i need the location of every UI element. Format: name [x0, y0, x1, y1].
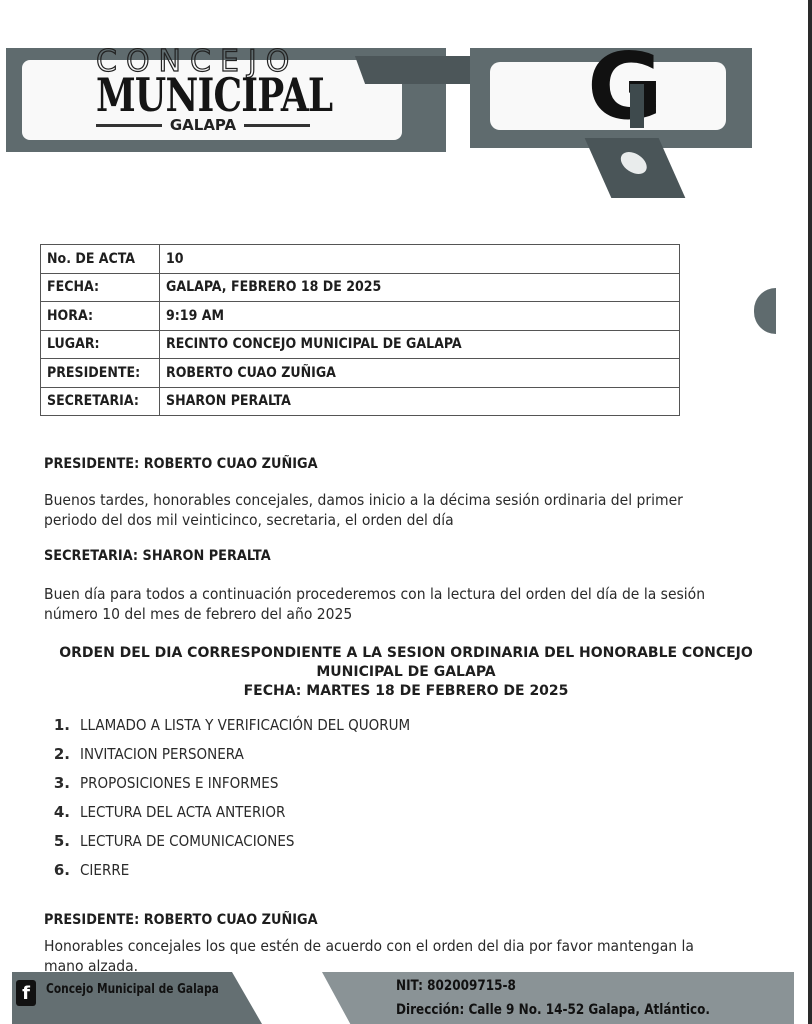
agenda-list: 1.LLAMADO A LISTA Y VERIFICACIÓN DEL QUO… — [44, 716, 447, 890]
orden-title-line-1: ORDEN DEL DIA CORRESPONDIENTE A LA SESIO… — [44, 644, 768, 663]
agenda-item-text: LECTURA DE COMUNICACIONES — [80, 832, 295, 861]
facebook-icon: f — [16, 980, 36, 1006]
page-marker-tab — [754, 288, 776, 334]
scan-edge — [808, 0, 812, 1024]
agenda-item-text: LECTURA DEL ACTA ANTERIOR — [80, 803, 285, 832]
agenda-item-number: 3. — [44, 774, 70, 803]
agenda-item-number: 6. — [44, 861, 70, 890]
orden-title-line-2: MUNICIPAL DE GALAPA — [44, 663, 768, 682]
agenda-item: 3.PROPOSICIONES E INFORMES — [44, 774, 447, 803]
agenda-item-number: 1. — [44, 716, 70, 745]
info-value: 10 — [160, 245, 680, 274]
agenda-item: 6.CIERRE — [44, 861, 447, 890]
orden-title-line-3: FECHA: MARTES 18 DE FEBRERO DE 2025 — [44, 682, 768, 701]
logo-galapa-text: GALAPA — [170, 116, 236, 134]
info-row: LUGAR:RECINTO CONCEJO MUNICIPAL DE GALAP… — [41, 330, 680, 359]
logo-municipal-text: MUNICIPAL — [96, 68, 332, 122]
agenda-item-number: 4. — [44, 803, 70, 832]
info-label: FECHA: — [41, 273, 160, 302]
agenda-item-text: PROPOSICIONES E INFORMES — [80, 774, 278, 803]
facebook-page-label: Concejo Municipal de Galapa — [46, 982, 219, 997]
info-value: RECINTO CONCEJO MUNICIPAL DE GALAPA — [160, 330, 680, 359]
info-row: HORA:9:19 AM — [41, 302, 680, 331]
agenda-item-text: CIERRE — [80, 861, 129, 890]
paragraph-president-2: Honorables concejales los que estén de a… — [44, 936, 732, 976]
footer-address: Dirección: Calle 9 No. 14-52 Galapa, Atl… — [396, 1002, 710, 1018]
agenda-item-number: 2. — [44, 745, 70, 774]
info-row: PRESIDENTE:ROBERTO CUAO ZUÑIGA — [41, 359, 680, 388]
acta-info-table: No. DE ACTA10FECHA:GALAPA, FEBRERO 18 DE… — [40, 244, 680, 416]
info-label: HORA: — [41, 302, 160, 331]
agenda-item: 5.LECTURA DE COMUNICACIONES — [44, 832, 447, 861]
agenda-item-number: 5. — [44, 832, 70, 861]
orden-del-dia-title: ORDEN DEL DIA CORRESPONDIENTE A LA SESIO… — [44, 644, 768, 701]
info-value: GALAPA, FEBRERO 18 DE 2025 — [160, 273, 680, 302]
info-value: ROBERTO CUAO ZUÑIGA — [160, 359, 680, 388]
logo-rule-right — [244, 124, 310, 127]
paragraph-president-1: Buenos tardes, honorables concejales, da… — [44, 490, 732, 530]
info-value: 9:19 AM — [160, 302, 680, 331]
speaker-secretary: SECRETARIA: SHARON PERALTA — [44, 548, 271, 564]
header-dark-strip — [355, 56, 485, 84]
footer-band-left — [12, 972, 262, 1024]
speaker-president-1: PRESIDENTE: ROBERTO CUAO ZUÑIGA — [44, 456, 318, 472]
agenda-item-text: INVITACION PERSONERA — [80, 745, 244, 774]
info-row: FECHA:GALAPA, FEBRERO 18 DE 2025 — [41, 273, 680, 302]
info-label: SECRETARIA: — [41, 387, 160, 416]
logo-galapa-line: GALAPA — [96, 116, 310, 134]
g-emblem-bar — [630, 84, 644, 128]
speaker-president-2: PRESIDENTE: ROBERTO CUAO ZUÑIGA — [44, 912, 318, 928]
info-row: No. DE ACTA10 — [41, 245, 680, 274]
info-label: LUGAR: — [41, 330, 160, 359]
footer-nit: NIT: 802009715-8 — [396, 978, 516, 994]
info-label: No. DE ACTA — [41, 245, 160, 274]
paragraph-secretary: Buen día para todos a continuación proce… — [44, 584, 732, 624]
info-label: PRESIDENTE: — [41, 359, 160, 388]
info-value: SHARON PERALTA — [160, 387, 680, 416]
logo-rule-left — [96, 124, 162, 127]
agenda-item-text: LLAMADO A LISTA Y VERIFICACIÓN DEL QUORU… — [80, 716, 410, 745]
info-row: SECRETARIA:SHARON PERALTA — [41, 387, 680, 416]
agenda-item: 1.LLAMADO A LISTA Y VERIFICACIÓN DEL QUO… — [44, 716, 447, 745]
agenda-item: 4.LECTURA DEL ACTA ANTERIOR — [44, 803, 447, 832]
agenda-item: 2.INVITACION PERSONERA — [44, 745, 447, 774]
g-emblem-icon: G — [580, 42, 670, 132]
